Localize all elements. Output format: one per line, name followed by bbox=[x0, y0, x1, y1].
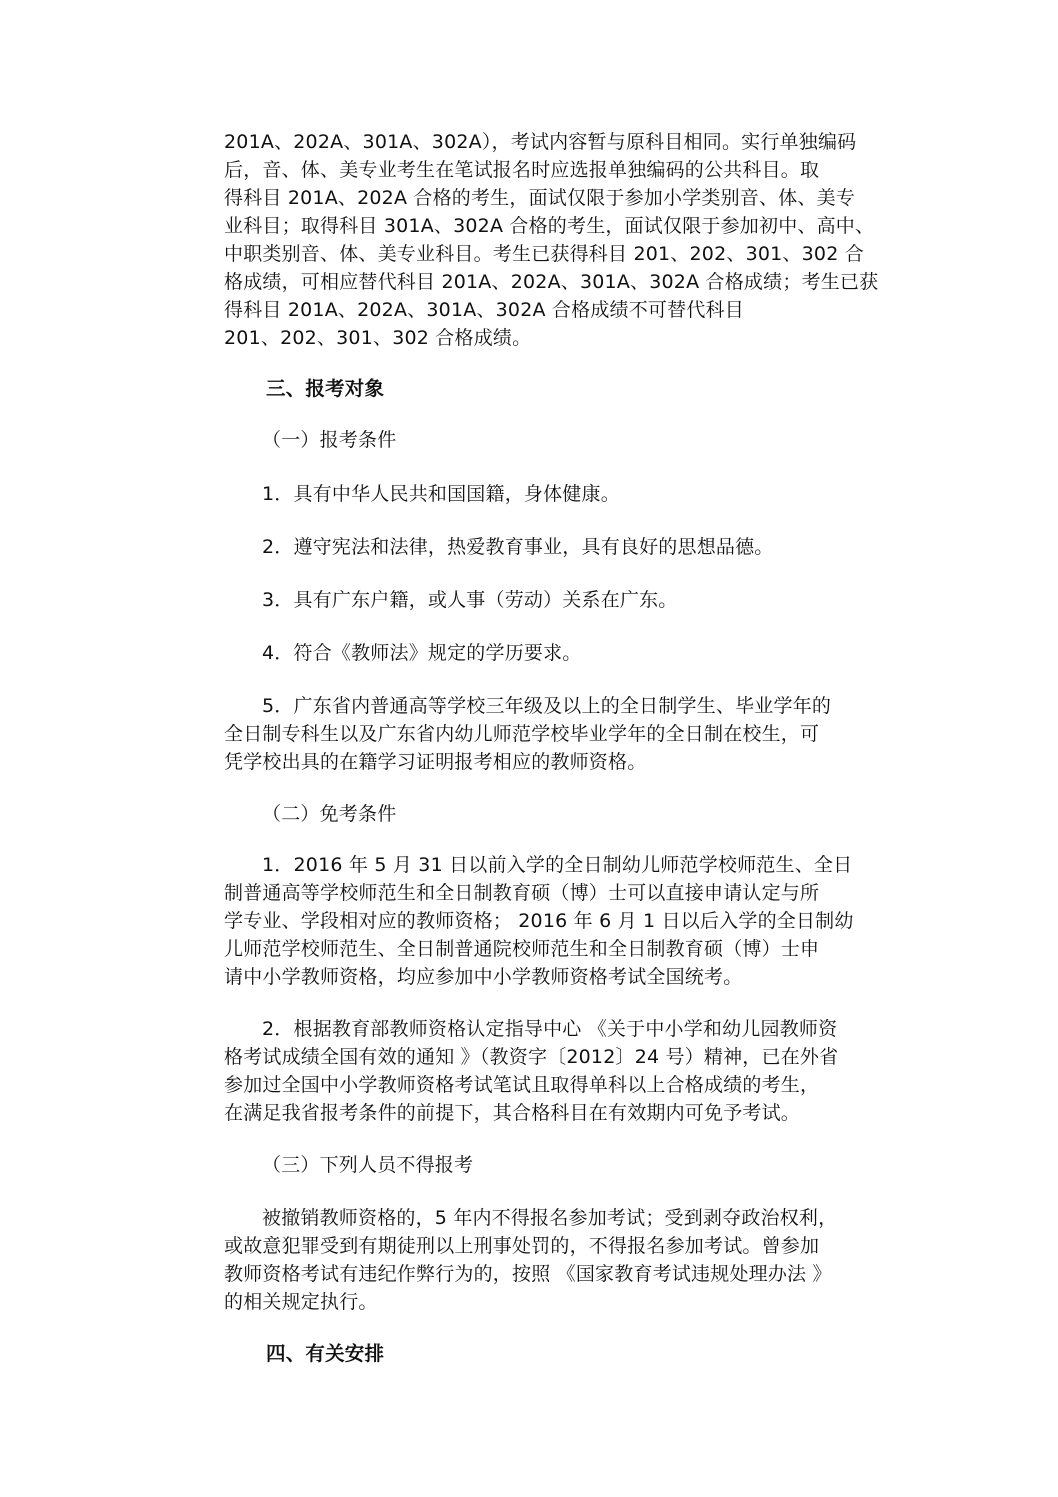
text-line: 在满足我省报考条件的前提下，其合格科目在有效期内可免予考试。 bbox=[224, 1099, 800, 1127]
text-line: 教师资格考试有违纪作弊行为的，按照 《国家教育考试违规处理办法 》 bbox=[224, 1260, 832, 1288]
text-line: 得科目 201A、202A、301A、302A 合格成绩不可替代科目 bbox=[224, 296, 744, 324]
subsection-title-1: （一）报考条件 bbox=[262, 426, 396, 454]
text-line: 后，音、体、美专业考生在笔试报名时应选报单独编码的公共科目。取 bbox=[224, 156, 819, 184]
list-item: 1．具有中华人民共和国国籍，身体健康。 bbox=[262, 480, 620, 508]
text-line: 5．广东省内普通高等学校三年级及以上的全日制学生、毕业学年的 bbox=[262, 692, 831, 720]
text-line: 凭学校出具的在籍学习证明报考相应的教师资格。 bbox=[224, 748, 646, 776]
text-line: 中职类别音、体、美专业科目。考生已获得科目 201、202、301、302 合 bbox=[224, 240, 864, 268]
document-page: 201A、202A、301A、302A），考试内容暂与原科目相同。实行单独编码 … bbox=[0, 0, 1058, 1497]
text-line: 2．根据教育部教师资格认定指导中心 《关于中小学和幼儿园教师资 bbox=[262, 1015, 837, 1043]
list-item: 4．符合《教师法》规定的学历要求。 bbox=[262, 639, 582, 667]
text-line: 格成绩，可相应替代科目 201A、202A、301A、302A 合格成绩；考生已… bbox=[224, 268, 878, 296]
text-line: 制普通高等学校师范生和全日制教育硕（博）士可以直接申请认定与所 bbox=[224, 879, 819, 907]
text-line: 参加过全国中小学教师资格考试笔试且取得单科以上合格成绩的考生， bbox=[224, 1071, 819, 1099]
text-line: 201A、202A、301A、302A），考试内容暂与原科目相同。实行单独编码 bbox=[224, 128, 856, 156]
text-line: 业科目；取得科目 301A、302A 合格的考生，面试仅限于参加初中、高中、 bbox=[224, 212, 874, 240]
text-line: 被撤销教师资格的，5 年内不得报名参加考试；受到剥夺政治权利， bbox=[262, 1204, 837, 1232]
text-line: 学专业、学段相对应的教师资格； 2016 年 6 月 1 日以后入学的全日制幼 bbox=[224, 907, 854, 935]
text-line: 请中小学教师资格，均应参加中小学教师资格考试全国统考。 bbox=[224, 963, 742, 991]
subsection-title-3: （三）下列人员不得报考 bbox=[262, 1151, 473, 1179]
list-item: 3．具有广东户籍，或人事（劳动）关系在广东。 bbox=[262, 586, 678, 614]
text-line: 儿师范学校师范生、全日制普通院校师范生和全日制教育硕（博）士申 bbox=[224, 935, 819, 963]
subsection-title-2: （二）免考条件 bbox=[262, 800, 396, 828]
text-line: 或故意犯罪受到有期徒刑以上刑事处罚的，不得报名参加考试。曾参加 bbox=[224, 1232, 819, 1260]
text-line: 201、202、301、302 合格成绩。 bbox=[224, 324, 531, 352]
text-line: 的相关规定执行。 bbox=[224, 1288, 378, 1316]
text-line: 得科目 201A、202A 合格的考生，面试仅限于参加小学类别音、体、美专 bbox=[224, 184, 855, 212]
section-heading-3: 三、报考对象 bbox=[266, 375, 384, 403]
text-line: 全日制专科生以及广东省内幼儿师范学校毕业学年的全日制在校生，可 bbox=[224, 720, 819, 748]
text-line: 格考试成绩全国有效的通知 》（教资字〔2012〕24 号）精神，已在外省 bbox=[224, 1043, 838, 1071]
list-item: 2．遵守宪法和法律，热爱教育事业，具有良好的思想品德。 bbox=[262, 533, 774, 561]
section-heading-4: 四、有关安排 bbox=[266, 1340, 384, 1368]
text-line: 1．2016 年 5 月 31 日以前入学的全日制幼儿师范学校师范生、全日 bbox=[262, 851, 852, 879]
